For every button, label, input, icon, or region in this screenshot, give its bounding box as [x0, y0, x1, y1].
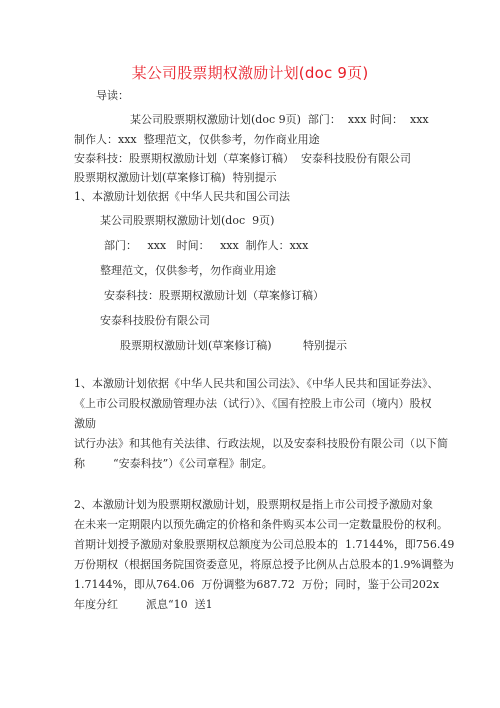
text-line: 1.7144%，即从764.06 万份调整为687.72 万份；同时，鉴于公司2…	[74, 578, 439, 592]
text-line: 安泰科技：股票期权激励计划（草案修订稿）	[104, 289, 324, 303]
text-line: 制作人：xxx 整理范文，仅供参考，勿作商业用途	[74, 133, 320, 147]
text-line: 试行办法》和其他有关法律、行政法规，以及安泰科技股份有限公司（以下简	[74, 437, 448, 451]
text-line: 股票期权激励计划(草案修订稿) 特别提示	[120, 339, 347, 353]
text-line: 1、本激励计划依据《中华人民共和国公司法	[74, 190, 290, 204]
text-line: 《上市公司股权激励管理办法（试行）》、《国有控股上市公司（境内）股权	[74, 397, 432, 411]
text-line: 整理范文，仅供参考，勿作商业用途	[100, 264, 276, 278]
text-line: 导读：	[96, 89, 129, 103]
text-line: 股票期权激励计划(草案修订稿) 特别提示	[74, 171, 277, 185]
text-line: 年度分红 派息“10 送1	[74, 598, 213, 612]
text-line: 万份期权（根据国务院国资委意见，将原总授予比例从占总股本的1.9%调整为	[74, 558, 454, 572]
text-line: 称 “安泰科技”）《公司章程》制定。	[74, 457, 273, 471]
text-line: 某公司股票期权激励计划(doc 9页)	[100, 214, 274, 228]
text-line: 部门： xxx 时间： xxx 制作人：xxx	[104, 239, 308, 253]
text-line: 1、本激励计划依据《中华人民共和国公司法》、《中华人民共和国证券法》、	[74, 377, 439, 391]
document-title: 某公司股票期权激励计划(doc 9页)	[0, 62, 500, 83]
text-line: 安泰科技股份有限公司	[100, 314, 210, 328]
text-line: 安泰科技：股票期权激励计划（草案修订稿） 安泰科技股份有限公司	[74, 152, 411, 166]
text-line: 2、本激励计划为股票期权激励计划，股票期权是指上市公司授予激励对象	[74, 498, 433, 512]
text-line: 激励	[74, 417, 96, 431]
text-line: 在未来一定期限内以预先确定的价格和条件购买本公司一定数量股份的权利。	[74, 518, 448, 532]
text-line: 首期计划授予激励对象股票期权总额度为公司总股本的 1.7144%，即756.49	[74, 538, 454, 552]
text-line: 某公司股票期权激励计划(doc 9页) 部门： xxx 时间： xxx	[130, 113, 429, 127]
